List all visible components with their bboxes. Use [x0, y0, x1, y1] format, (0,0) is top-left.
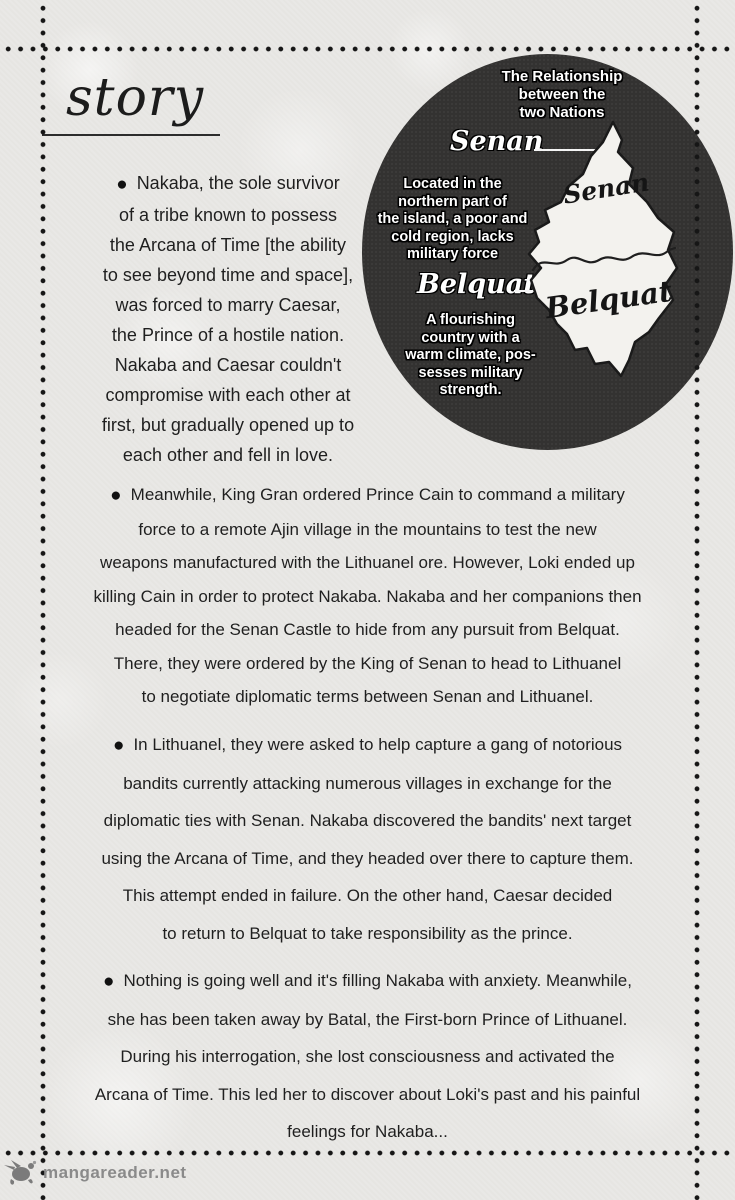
dotted-border-left	[40, 0, 46, 1200]
story-paragraph-1: ●Nakaba, the sole survivorof a tribe kno…	[48, 168, 408, 470]
dotted-border-top	[0, 46, 735, 52]
text-line: strength.	[388, 382, 553, 400]
dotted-border-right	[694, 0, 700, 1200]
story-text-line: to return to Belquat to take responsibil…	[35, 915, 700, 953]
story-text-line: Nakaba and Caesar couldn't	[48, 350, 408, 380]
text-line: The Relationship	[452, 68, 672, 86]
story-text-line: was forced to marry Caesar,	[48, 290, 408, 320]
nations-infographic-circle: The Relationshipbetween thetwo Nations S…	[362, 54, 733, 450]
bullet-icon: ●	[113, 727, 124, 765]
page-title: story	[66, 70, 204, 126]
story-text-line: to see beyond time and space],	[48, 260, 408, 290]
story-text-line: There, they were ordered by the King of …	[35, 647, 700, 681]
bullet-icon: ●	[110, 479, 121, 513]
story-text-line: This attempt ended in failure. On the ot…	[35, 877, 700, 915]
story-text-line: force to a remote Ajin village in the mo…	[35, 513, 700, 547]
island-map: Senan Belquat	[525, 118, 685, 383]
island-shape	[529, 122, 677, 376]
manga-story-page: story The Relationshipbetween thetwo Nat…	[0, 0, 735, 1200]
story-text-line: ●Meanwhile, King Gran ordered Prince Cai…	[35, 478, 700, 513]
story-text-line: of a tribe known to possess	[48, 200, 408, 230]
story-text-line: compromise with each other at	[48, 380, 408, 410]
story-text-line: she has been taken away by Batal, the Fi…	[35, 1001, 700, 1039]
watermark: mangareader.net	[4, 1158, 187, 1188]
infographic-title: The Relationshipbetween thetwo Nations	[452, 68, 672, 122]
story-text-line: weapons manufactured with the Lithuanel …	[35, 546, 700, 580]
story-text-line: killing Cain in order to protect Nakaba.…	[35, 580, 700, 614]
story-text-line: During his interrogation, she lost consc…	[35, 1038, 700, 1076]
story-text-line: ●Nakaba, the sole survivor	[48, 168, 408, 200]
story-paragraph-4: ●Nothing is going well and it's filling …	[35, 962, 700, 1151]
story-text-line: diplomatic ties with Senan. Nakaba disco…	[35, 802, 700, 840]
story-text-line: Arcana of Time. This led her to discover…	[35, 1076, 700, 1114]
story-text-line: feelings for Nakaba...	[35, 1113, 700, 1151]
story-text-line: the Arcana of Time [the ability	[48, 230, 408, 260]
story-text-line: first, but gradually opened up to	[48, 410, 408, 440]
story-text-line: bandits currently attacking numerous vil…	[35, 765, 700, 803]
story-text-line: the Prince of a hostile nation.	[48, 320, 408, 350]
story-paragraph-3: ●In Lithuanel, they were asked to help c…	[35, 726, 700, 952]
story-text-line: each other and fell in love.	[48, 440, 408, 470]
story-text-line: using the Arcana of Time, and they heade…	[35, 840, 700, 878]
bullet-icon: ●	[103, 963, 114, 1001]
story-text-line: ●In Lithuanel, they were asked to help c…	[35, 726, 700, 765]
mangareader-logo-icon	[4, 1158, 40, 1188]
story-paragraph-2: ●Meanwhile, King Gran ordered Prince Cai…	[35, 478, 700, 714]
story-text-line: to negotiate diplomatic terms between Se…	[35, 680, 700, 714]
text-line: between the	[452, 86, 672, 104]
bullet-icon: ●	[116, 170, 127, 200]
story-text-line: ●Nothing is going well and it's filling …	[35, 962, 700, 1001]
dotted-border-bottom	[0, 1150, 735, 1156]
watermark-text: mangareader.net	[43, 1163, 187, 1183]
title-underline	[42, 134, 220, 136]
belquat-label: Belquat	[417, 269, 536, 300]
story-text-line: headed for the Senan Castle to hide from…	[35, 613, 700, 647]
